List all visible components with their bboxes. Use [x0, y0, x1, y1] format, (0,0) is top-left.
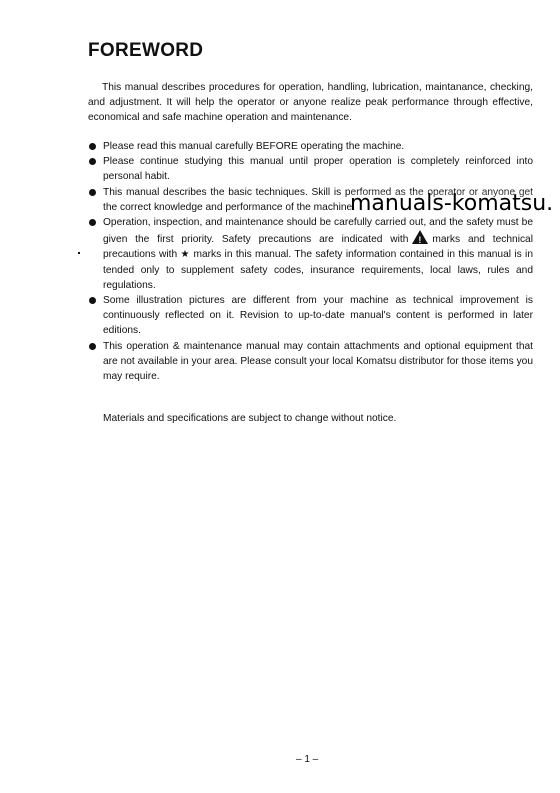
bullet-icon: [89, 297, 96, 304]
list-item-text: Please read this manual carefully BEFORE…: [103, 141, 404, 152]
list-item-text: Some illustration pictures are different…: [103, 295, 533, 336]
bullet-icon: [89, 219, 96, 226]
list-item: This operation & maintenance manual may …: [88, 339, 533, 385]
list-item-text: This operation & maintenance manual may …: [103, 341, 533, 382]
bullet-icon: [89, 143, 96, 150]
foreword-list: Please read this manual carefully BEFORE…: [88, 139, 533, 384]
list-item: Some illustration pictures are different…: [88, 293, 533, 339]
stray-dot: [78, 252, 80, 254]
list-item: Please continue studying this manual unt…: [88, 154, 533, 184]
disclaimer-text: Materials and specifications are subject…: [103, 411, 396, 426]
bullet-icon: [89, 158, 96, 165]
list-item: Please read this manual carefully BEFORE…: [88, 139, 533, 154]
page-number: – 1 –: [296, 754, 318, 765]
page-title: FOREWORD: [88, 40, 203, 62]
bullet-icon: [89, 343, 96, 350]
intro-paragraph: This manual describes procedures for ope…: [88, 80, 533, 126]
list-item-text: Please continue studying this manual unt…: [103, 156, 533, 182]
warning-triangle-icon: !: [412, 230, 428, 244]
list-item: Operation, inspection, and maintenance s…: [88, 215, 533, 293]
bullet-icon: [89, 189, 96, 196]
watermark: manuals-komatsu.: [350, 191, 553, 216]
